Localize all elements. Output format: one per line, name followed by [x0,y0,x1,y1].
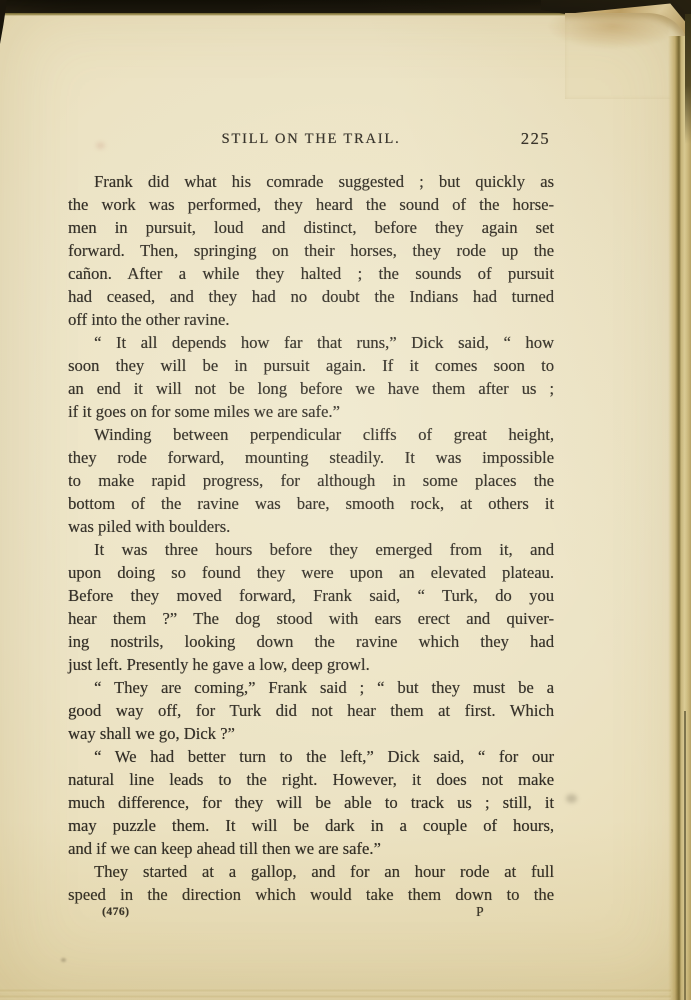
text-line: Winding between perpendicular cliffs of … [68,423,554,446]
text-line: “ They are coming,” Frank said ; “ but t… [68,676,554,699]
text-line: ing nostrils, looking down the ravine wh… [68,630,554,653]
paragraph: It was three hours before they emerged f… [68,538,554,676]
text-line: It was three hours before they emerged f… [68,538,554,561]
text-line: they rode forward, mounting steadily. It… [68,446,554,469]
paragraph: “ It all depends how far that runs,” Dic… [68,331,554,423]
text-line: “ We had better turn to the left,” Dick … [68,745,554,768]
catchword: P [476,904,484,920]
text-line: hear them ?” The dog stood with ears ere… [68,607,554,630]
text-line: men in pursuit, loud and distinct, befor… [68,216,554,239]
dust-spot [61,958,66,962]
paragraph: “ We had better turn to the left,” Dick … [68,745,554,860]
paragraph: They started at a gallop, and for an hou… [68,860,554,906]
paragraph: Frank did what his comrade suggested ; b… [68,170,554,331]
paragraph: “ They are coming,” Frank said ; “ but t… [68,676,554,745]
scan-background-left-sliver [0,0,7,44]
text-line: just left. Presently he gave a low, deep… [68,653,554,676]
text-line: much difference, for they will be able t… [68,791,554,814]
text-line: to make rapid progress, for although in … [68,469,554,492]
printers-signature-mark: (476) [102,906,129,918]
text-line: if it goes on for some miles we are safe… [68,400,554,423]
text-line: “ It all depends how far that runs,” Dic… [68,331,554,354]
text-line: and if we can keep ahead till then we ar… [68,837,554,860]
running-head: STILL ON THE TRAIL. 225 [68,131,554,151]
page-top-edge-line [0,13,585,16]
text-line: had ceased, and they had no doubt the In… [68,285,554,308]
text-line: soon they will be in pursuit again. If i… [68,354,554,377]
scanned-book-page: STILL ON THE TRAIL. 225 Frank did what h… [0,0,691,1000]
running-title: STILL ON THE TRAIL. [68,131,554,148]
text-line: speed in the direction which would take … [68,883,554,906]
text-line: upon doing so found they were upon an el… [68,561,554,584]
text-line: forward. Then, springing on their horses… [68,239,554,262]
text-line: natural line leads to the right. However… [68,768,554,791]
text-line: an end it will not be long before we hav… [68,377,554,400]
page-footer: (476) P [68,904,554,922]
dust-spot [566,794,577,803]
text-line: Frank did what his comrade suggested ; b… [68,170,554,193]
page-edge-right-top-shadow [685,14,691,144]
text-line: was piled with boulders. [68,515,554,538]
text-line: They started at a gallop, and for an hou… [68,860,554,883]
text-line: may puzzle them. It will be dark in a co… [68,814,554,837]
text-line: good way off, for Turk did not hear them… [68,699,554,722]
paragraph: Winding between perpendicular cliffs of … [68,423,554,538]
page-edge-right-stack [668,36,691,1000]
text-line: way shall we go, Dick ?” [68,722,554,745]
text-line: the work was performed, they heard the s… [68,193,554,216]
body-text: Frank did what his comrade suggested ; b… [68,170,554,906]
text-line: Before they moved forward, Frank said, “… [68,584,554,607]
page-number: 225 [521,129,550,149]
text-line: off into the other ravine. [68,308,554,331]
text-line: bottom of the ravine was bare, smooth ro… [68,492,554,515]
text-line: cañon. After a while they halted ; the s… [68,262,554,285]
page-edge-bottom-stack [0,987,671,1000]
